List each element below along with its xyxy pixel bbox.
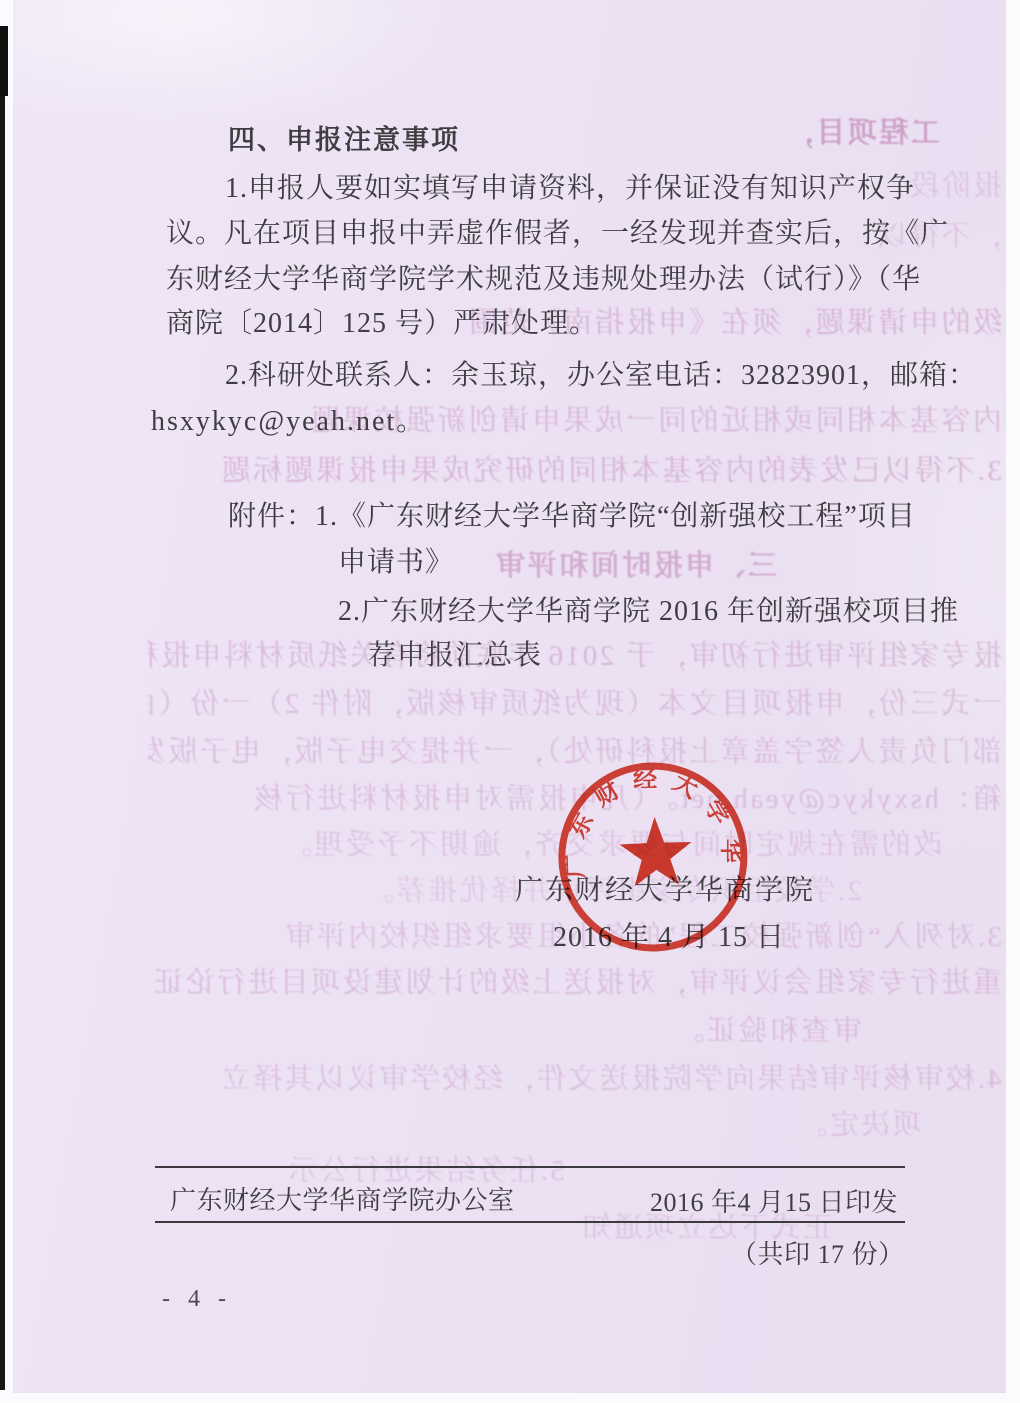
bleedthrough-text-row: 三、申报时间和评审 xyxy=(148,543,1002,584)
body-line: 2.科研处联系人：余玉琼，办公室电话：32823901，邮箱： xyxy=(225,353,977,393)
attachment-line: 荐申报汇总表 xyxy=(368,633,542,673)
section-heading: 四、申报注意事项 xyxy=(228,118,460,157)
email-line: hsxykyc@yeah.net。 xyxy=(151,399,426,439)
bleedthrough-text-row: 报专家组评审进行初审，于 2016 年底前将有关纸质材料申报科 xyxy=(148,633,1002,674)
body-line: 1.申报人要如实填写申请资料，并保证没有知识产权争 xyxy=(225,166,915,206)
scanned-document-page: 工程项目，报阶段，不得以级的申请课题，须在《申报指南》范围内容基本相同或相近的同… xyxy=(0,0,1020,1403)
footer-issuer: 广东财经大学华商学院办公室 xyxy=(170,1180,515,1217)
body-line: 商院〔2014〕125 号）严肃处理。 xyxy=(166,301,598,341)
body-line: 议。凡在项目申报中弄虚作假者，一经发现并查实后，按《广 xyxy=(166,211,949,251)
footer-rule-top xyxy=(155,1166,905,1168)
bleedthrough-text-row: 4.校审核评审结果向学院报送文件，经校学审议以其择立 xyxy=(148,1056,1002,1097)
bleedthrough-text-row: 一式三份，申报项目文本（现为纸质审核版，附件 2）一份（由 xyxy=(148,681,1002,722)
attachment-line: 附件：1.《广东财经大学华商学院“创新强校工程”项目 xyxy=(228,494,916,534)
footer-rule-bottom xyxy=(155,1221,905,1223)
attachment-line: 申请书》 xyxy=(338,540,454,580)
bleedthrough-text-row: 3.不得以已发表的内容基本相同的研究成果申报课题标题 xyxy=(148,448,1002,489)
footer-print-date: 2016 年4 月15 日印发 xyxy=(650,1182,898,1219)
footer-copies: （共印 17 份） xyxy=(731,1234,905,1271)
attachment-line: 2.广东财经大学华商学院 2016 年创新强校项目推 xyxy=(338,589,959,629)
page-number: - 4 - xyxy=(162,1286,232,1313)
star-icon xyxy=(618,816,693,887)
official-seal: 广东财经大学华商学院 xyxy=(549,754,756,966)
bleedthrough-text-row: 项决定。 xyxy=(148,1102,1002,1143)
bleedthrough-text-row: 重进行专家组会议评审，对报送上级的计划建设项目进行论证 xyxy=(148,960,1002,1001)
bleedthrough-text-row: 审查和验证。 xyxy=(148,1008,1002,1049)
body-line: 东财经大学华商学院学术规范及违规处理办法（试行）》（华 xyxy=(166,257,921,297)
